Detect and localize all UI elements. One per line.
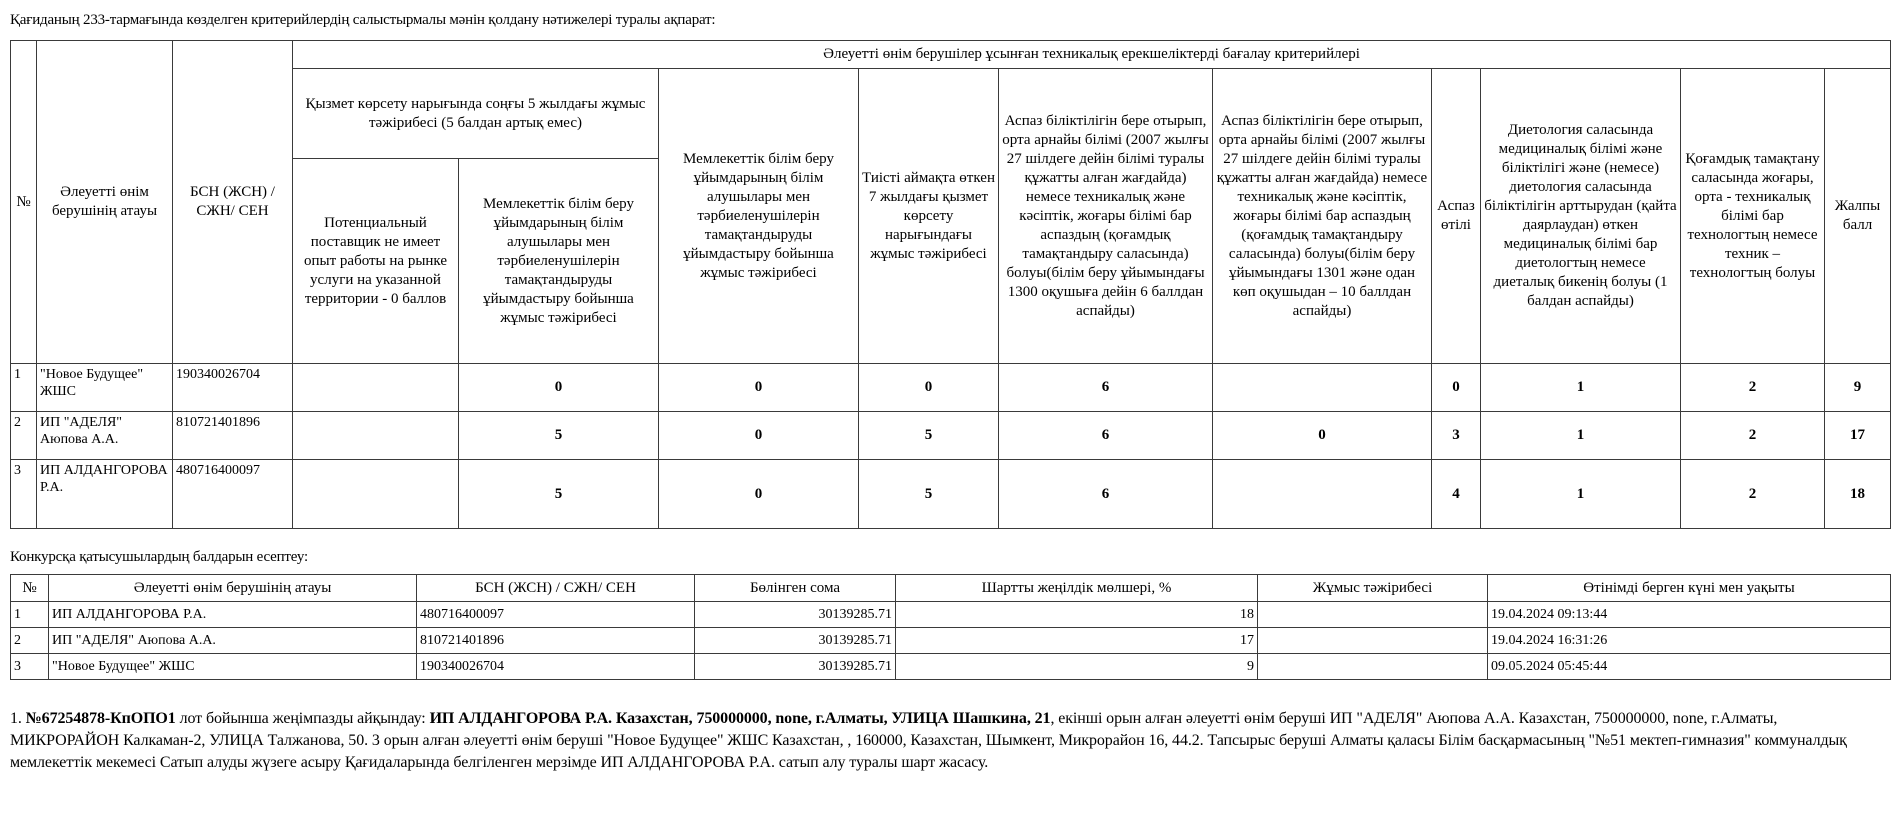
row-no: 3 [11,654,49,680]
row-cook-1301: 0 [1213,412,1432,460]
table-row: 3 ИП АЛДАНГОРОВА Р.А. 480716400097 5 0 5… [11,460,1891,529]
row-dietitian: 1 [1481,412,1681,460]
row-dietitian: 1 [1481,460,1681,529]
row-name: ИП "АДЕЛЯ" Аюпова А.А. [37,412,173,460]
criteria-caption: Қағиданың 233-тармағында көзделген крите… [10,12,715,29]
winner-details: ИП АЛДАНГОРОВА Р.А. Казахстан, 750000000… [430,710,1051,727]
header-cook-1301: Аспаз біліктілігін бере отырып, орта арн… [1213,69,1432,364]
row-technologist: 2 [1681,412,1825,460]
header-discount: Шартты жеңілдік мөлшері, % [896,575,1258,602]
header-experience-group: Қызмет көрсету нарығында соңғы 5 жылдағы… [293,69,659,159]
row-cook-1301 [1213,364,1432,412]
conclusion-paragraph: 1. №67254878-КпОПО1 лот бойынша жеңімпаз… [10,708,1890,774]
row-amount: 30139285.71 [695,602,896,628]
row-cook-1300: 6 [999,460,1213,529]
row-discount: 17 [896,628,1258,654]
row-submitted: 19.04.2024 09:13:44 [1488,602,1891,628]
row-exp-schools-2: 0 [659,460,859,529]
row-exp-none [293,460,459,529]
row-name: ИП АЛДАНГОРОВА Р.А. [37,460,173,529]
row-bin: 190340026704 [173,364,293,412]
scores-table: № Әлеуетті өнім берушінің атауы БСН (ЖСН… [10,574,1891,680]
conclusion-prefix: 1. [10,710,26,727]
row-experience [1258,602,1488,628]
header-experience: Жұмыс тәжірибесі [1258,575,1488,602]
row-submitted: 09.05.2024 05:45:44 [1488,654,1891,680]
row-bin: 810721401896 [173,412,293,460]
row-discount: 18 [896,602,1258,628]
header-cook-exp: Аспаз өтілі [1432,69,1481,364]
row-no: 1 [11,364,37,412]
row-total: 17 [1825,412,1891,460]
table-row: 2 ИП "АДЕЛЯ" Аюпова А.А. 810721401896 5 … [11,412,1891,460]
row-region-7y: 0 [859,364,999,412]
header-no: № [11,41,37,364]
scores-caption: Конкурсқа қатысушылардың балдарын есепте… [10,549,308,566]
row-cook-exp: 3 [1432,412,1481,460]
row-exp-schools-2: 0 [659,364,859,412]
row-region-7y: 5 [859,412,999,460]
row-name: ИП АЛДАНГОРОВА Р.А. [49,602,417,628]
conclusion-text-1: лот бойынша жеңімпазды айқындау: [176,710,430,727]
row-cook-1300: 6 [999,364,1213,412]
header-dietitian: Диетология саласында медициналық білімі … [1481,69,1681,364]
row-dietitian: 1 [1481,364,1681,412]
row-bin: 480716400097 [173,460,293,529]
header-no: № [11,575,49,602]
table-row: 1 "Новое Будущее" ЖШС 190340026704 0 0 0… [11,364,1891,412]
criteria-table: № Әлеуетті өнім берушінің атауы БСН (ЖСН… [10,40,1891,529]
row-cook-exp: 4 [1432,460,1481,529]
row-submitted: 19.04.2024 16:31:26 [1488,628,1891,654]
row-exp-schools: 0 [459,364,659,412]
row-amount: 30139285.71 [695,628,896,654]
header-exp-none: Потенциальный поставщик не имеет опыт ра… [293,159,459,364]
row-no: 1 [11,602,49,628]
header-exp-schools-2: Мемлекеттік білім беру ұйымдарының білім… [659,69,859,364]
row-cook-1300: 6 [999,412,1213,460]
row-bin: 480716400097 [417,602,695,628]
header-amount: Бөлінген сома [695,575,896,602]
row-exp-none [293,412,459,460]
header-name: Әлеуетті өнім берушінің атауы [49,575,417,602]
row-bin: 810721401896 [417,628,695,654]
row-no: 2 [11,628,49,654]
header-region-7y: Тиісті аймақта өткен 7 жылдағы қызмет кө… [859,69,999,364]
header-exp-schools: Мемлекеттік білім беру ұйымдарының білім… [459,159,659,364]
row-exp-schools: 5 [459,460,659,529]
row-exp-schools: 5 [459,412,659,460]
table-row: 2 ИП "АДЕЛЯ" Аюпова А.А. 810721401896 30… [11,628,1891,654]
row-total: 9 [1825,364,1891,412]
row-cook-1301 [1213,460,1432,529]
row-discount: 9 [896,654,1258,680]
header-criteria-group: Әлеуетті өнім берушілер ұсынған техникал… [293,41,1891,69]
row-amount: 30139285.71 [695,654,896,680]
lot-number: №67254878-КпОПО1 [26,710,176,727]
row-experience [1258,654,1488,680]
row-exp-none [293,364,459,412]
table-row: 3 "Новое Будущее" ЖШС 190340026704 30139… [11,654,1891,680]
row-name: "Новое Будущее" ЖШС [37,364,173,412]
header-submitted: Өтінімді берген күні мен уақыты [1488,575,1891,602]
row-name: "Новое Будущее" ЖШС [49,654,417,680]
row-technologist: 2 [1681,460,1825,529]
row-cook-exp: 0 [1432,364,1481,412]
header-cook-1300: Аспаз біліктілігін бере отырып, орта арн… [999,69,1213,364]
header-technologist: Қоғамдық тамақтану саласында жоғары, орт… [1681,69,1825,364]
row-no: 3 [11,460,37,529]
table-row: 1 ИП АЛДАНГОРОВА Р.А. 480716400097 30139… [11,602,1891,628]
row-name: ИП "АДЕЛЯ" Аюпова А.А. [49,628,417,654]
row-region-7y: 5 [859,460,999,529]
header-bin: БСН (ЖСН) / СЖН/ СЕН [417,575,695,602]
row-exp-schools-2: 0 [659,412,859,460]
header-total: Жалпы балл [1825,69,1891,364]
header-name: Әлеуетті өнім берушінің атауы [37,41,173,364]
header-bin: БСН (ЖСН) / СЖН/ СЕН [173,41,293,364]
row-bin: 190340026704 [417,654,695,680]
row-technologist: 2 [1681,364,1825,412]
row-total: 18 [1825,460,1891,529]
row-experience [1258,628,1488,654]
row-no: 2 [11,412,37,460]
